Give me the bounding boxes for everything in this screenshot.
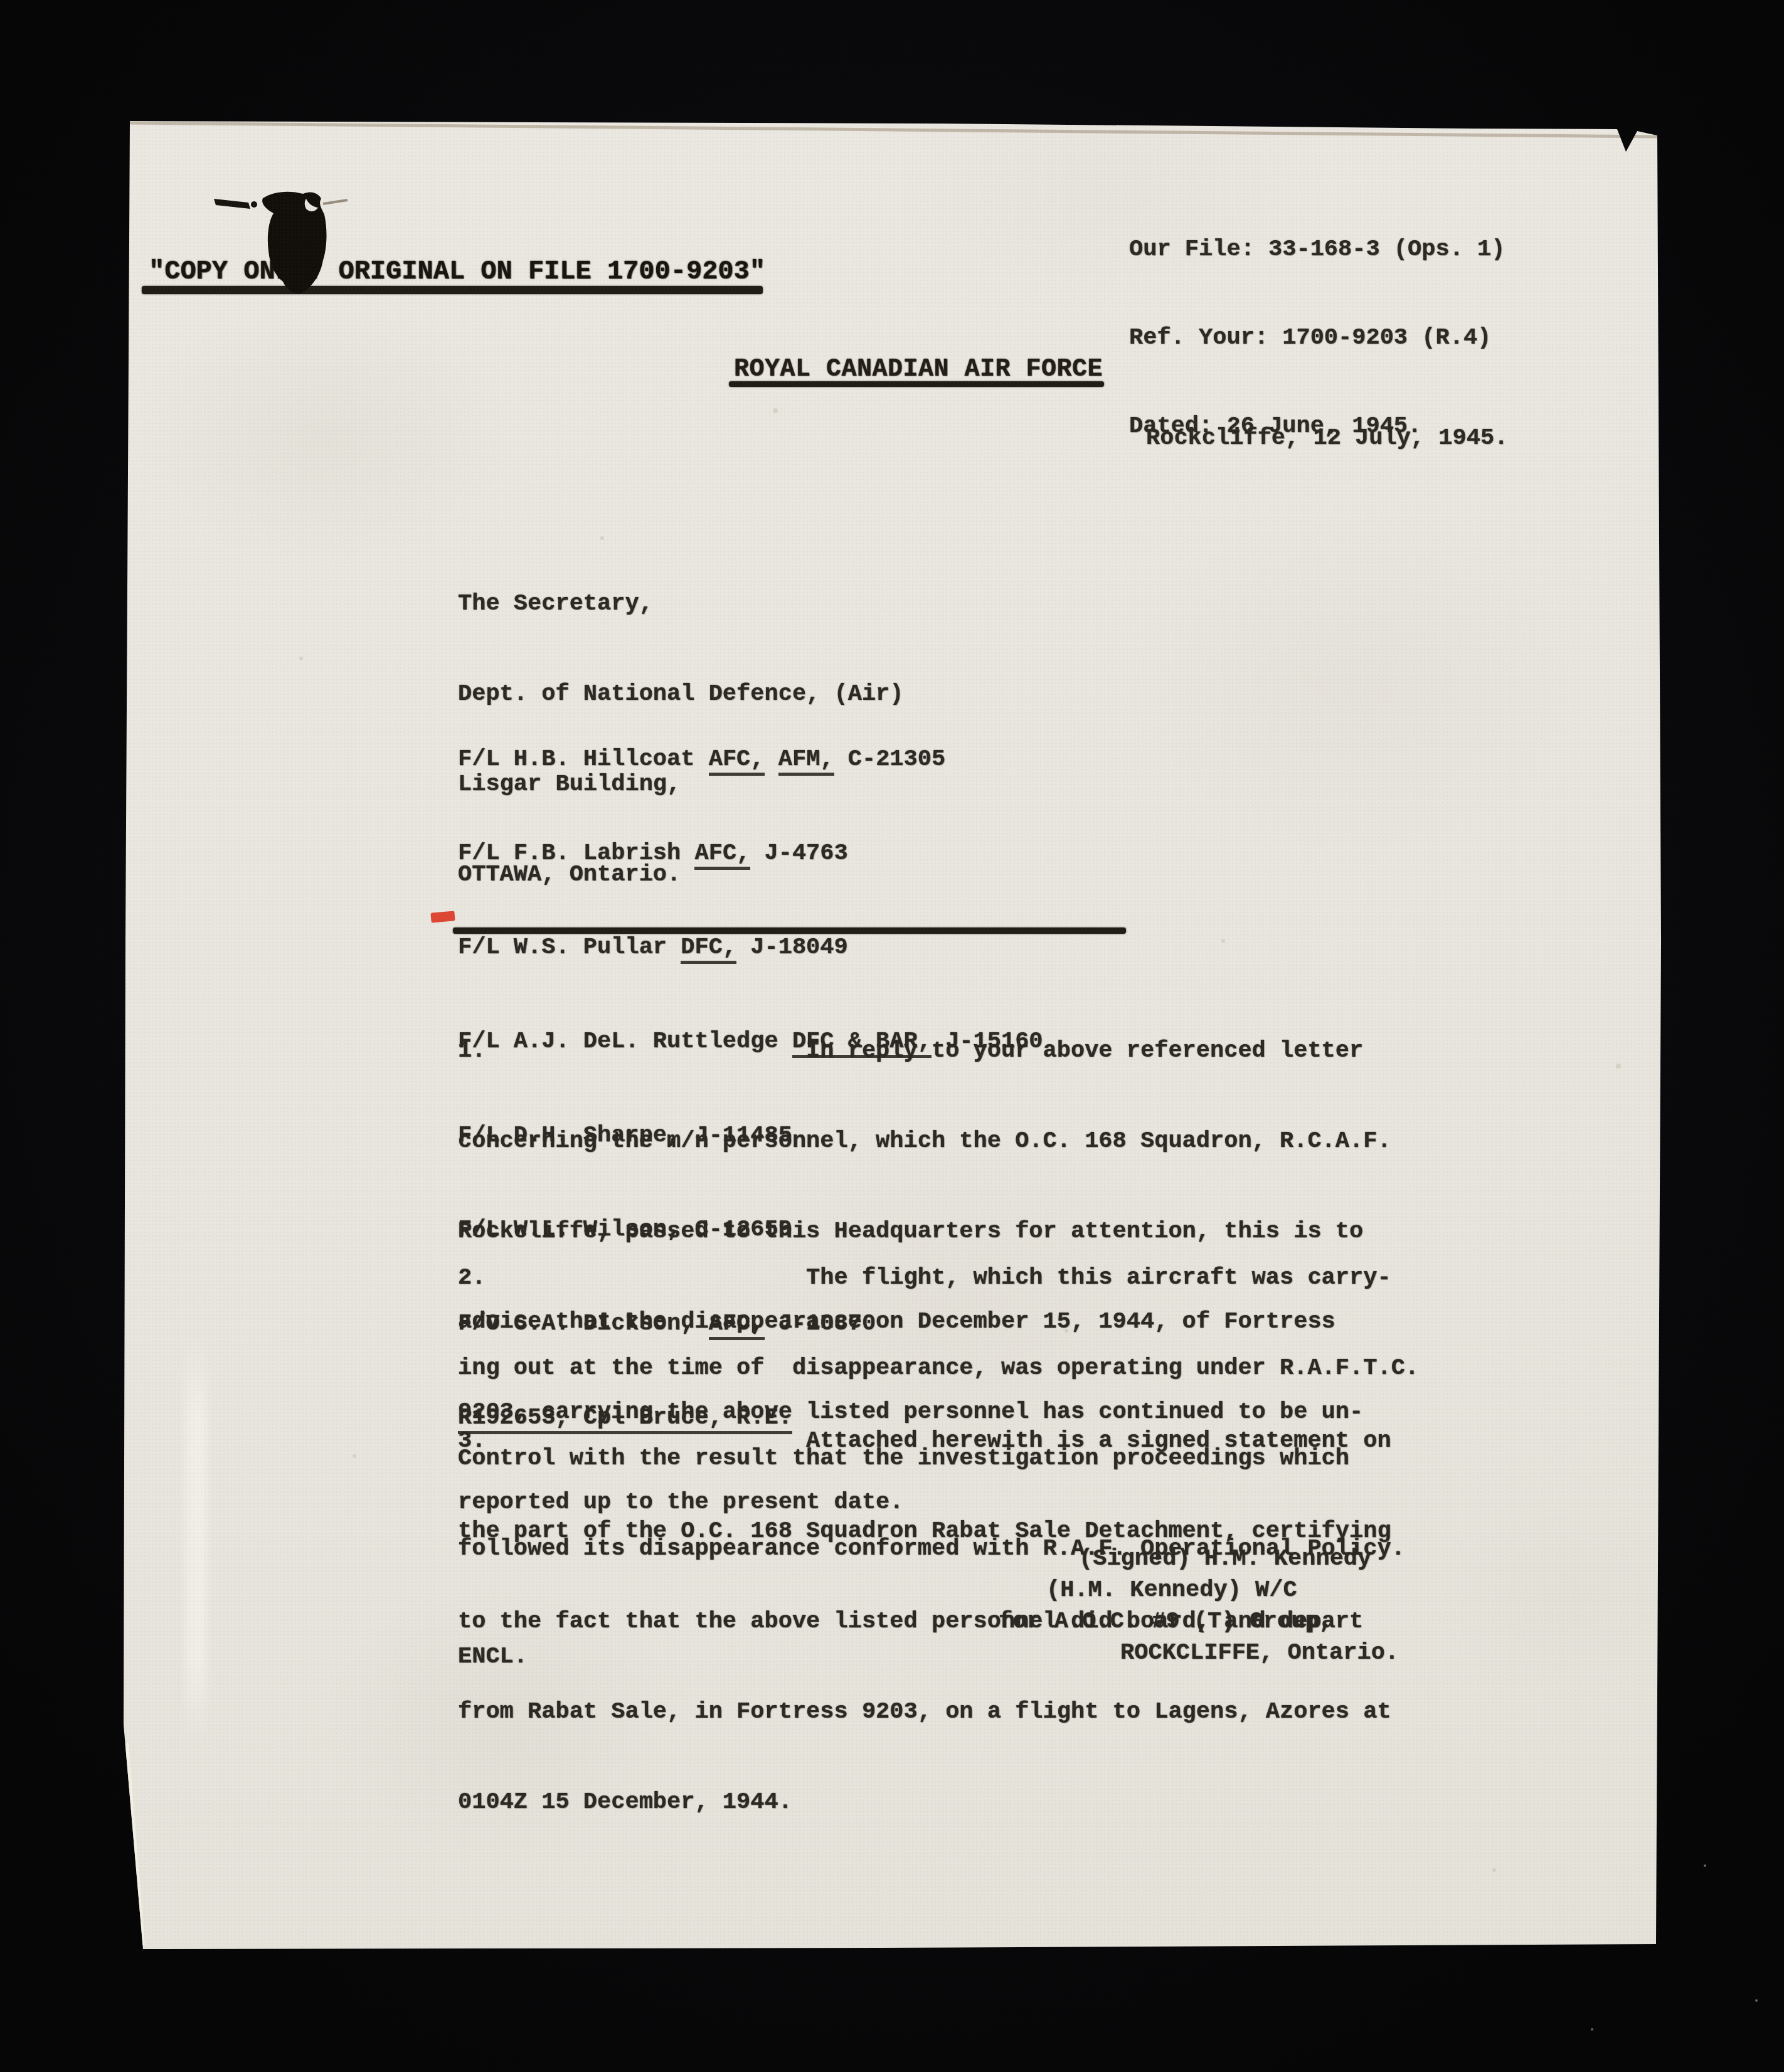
dust-speck: [1704, 1864, 1706, 1867]
dust-speck: [1591, 2028, 1593, 2031]
paper-sheet: Our File: 33-168-3 (Ops. 1) Ref. Your: 1…: [0, 0, 1784, 2072]
paper-vignette: [0, 0, 1784, 2072]
dust-speck: [1755, 1999, 1758, 2002]
